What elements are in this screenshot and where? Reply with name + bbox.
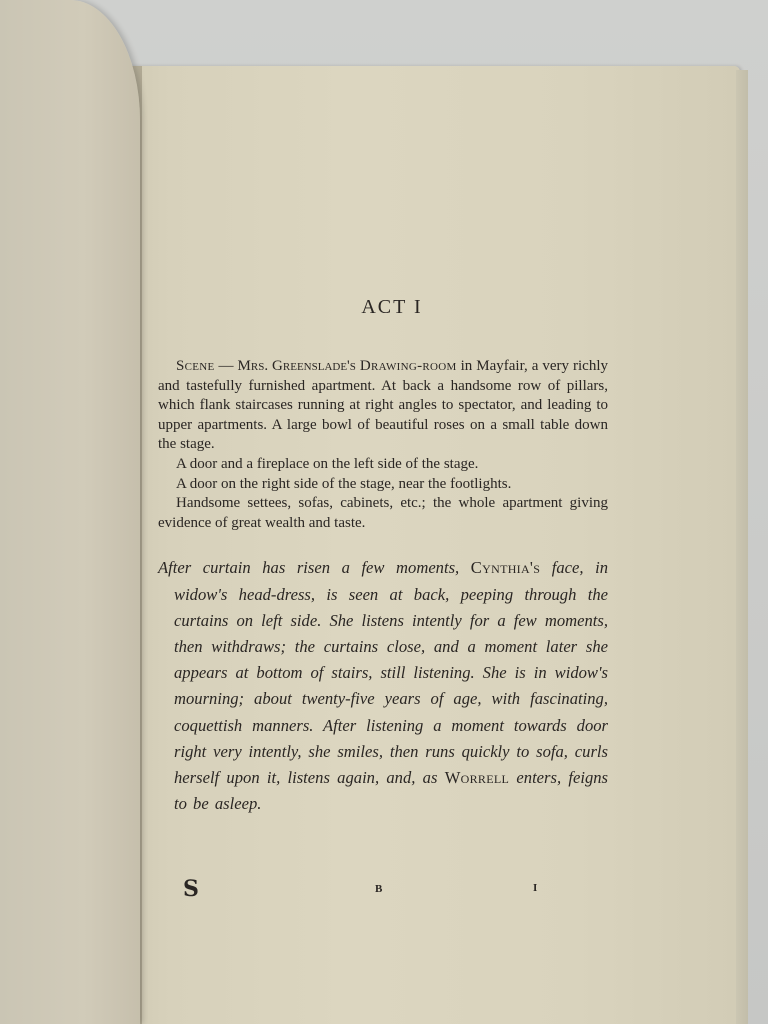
stage-direction-text: face, in widow's head-dress, is seen at …: [174, 558, 608, 787]
page-text-block: ACT I Scene — Mrs. Greenslade's Drawing-…: [158, 296, 608, 817]
page-footer: S B I: [183, 876, 543, 906]
printer-mark-icon: S: [183, 876, 199, 902]
scene-line: A door and a fireplace on the left side …: [158, 455, 608, 475]
scene-line: A door on the right side of the stage, n…: [158, 475, 608, 495]
page-number: I: [533, 882, 537, 894]
scene-owner: Mrs. Greenslade's: [238, 358, 356, 374]
scene-dash: —: [215, 358, 238, 374]
character-name-worrell: Worrell: [445, 768, 509, 787]
left-book-page: [0, 0, 140, 1024]
character-name-cynthia: Cynthia's: [471, 558, 540, 577]
signature-letter: B: [375, 883, 382, 895]
scene-heading-paragraph: Scene — Mrs. Greenslade's Drawing-room i…: [158, 357, 608, 455]
stage-direction: After curtain has risen a few moments, C…: [158, 555, 608, 817]
scene-description: Scene — Mrs. Greenslade's Drawing-room i…: [158, 357, 608, 533]
scene-room: Drawing-room: [360, 358, 457, 374]
act-title: ACT I: [176, 296, 608, 319]
scene-line: Handsome settees, sofas, cabinets, etc.;…: [158, 494, 608, 533]
stage-direction-text: After curtain has risen a few moments,: [158, 558, 471, 577]
page-stack-edge: [736, 70, 748, 1024]
scene-label: Scene: [176, 358, 215, 374]
